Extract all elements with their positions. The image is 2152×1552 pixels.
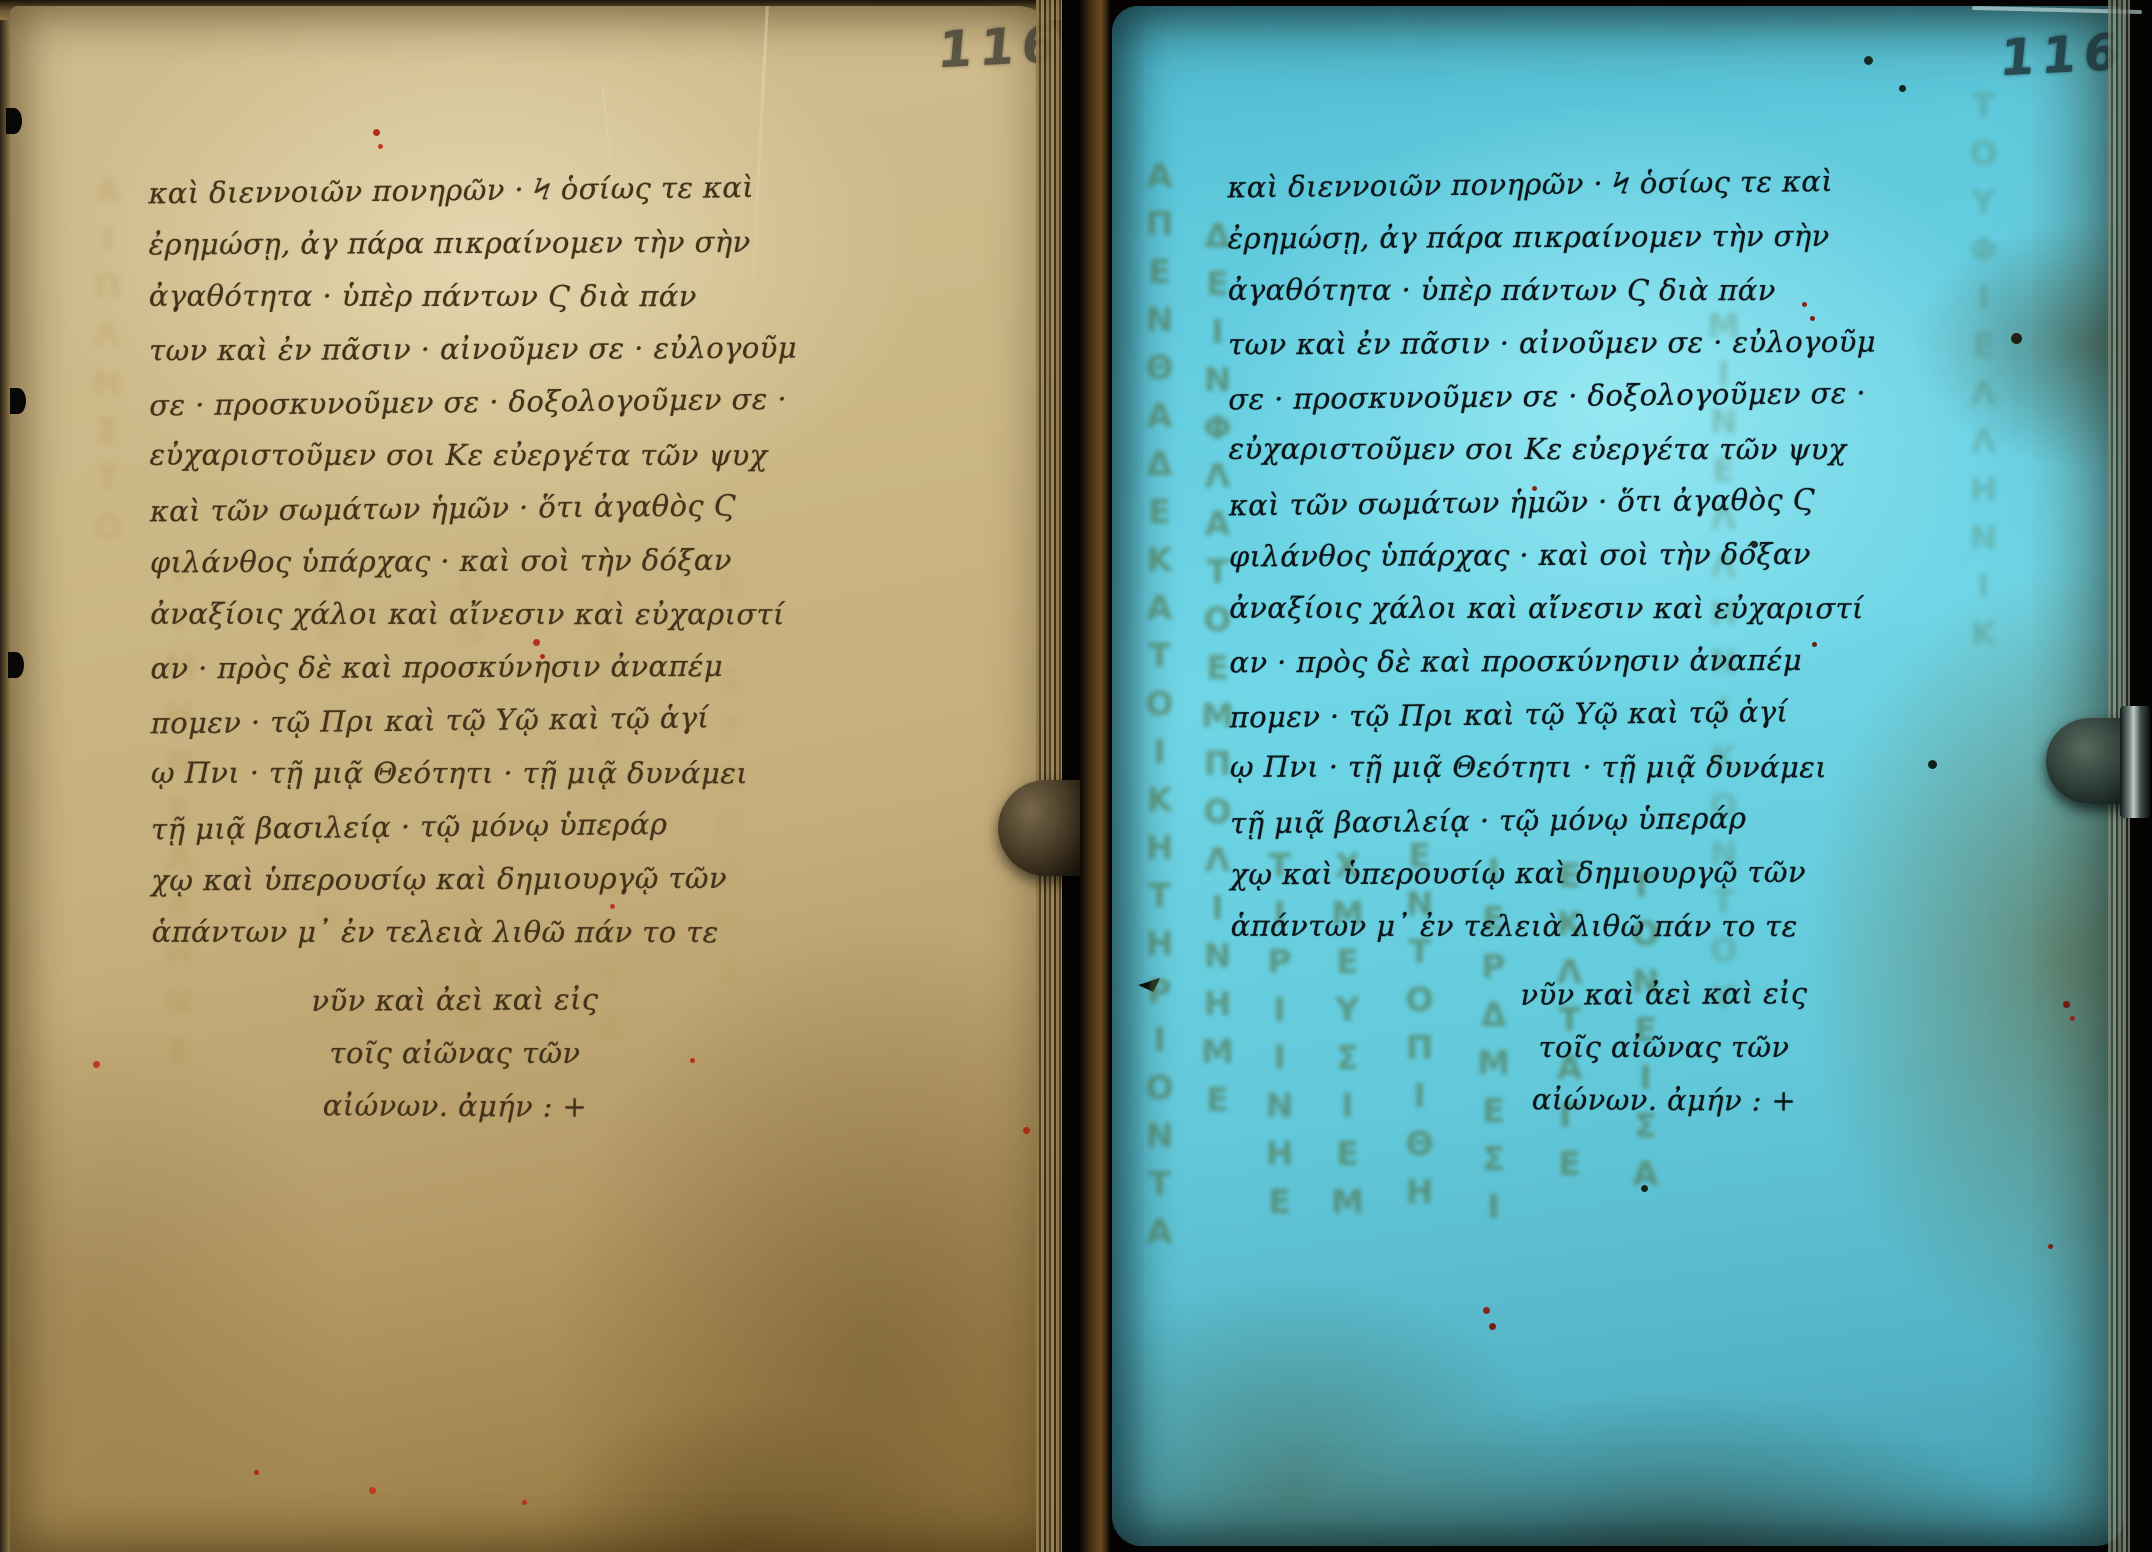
text-line: τῇ μιᾷ βασιλείᾳ · τῷ μόνῳ ὑπεράρ xyxy=(1230,791,1878,851)
text-line: σε · προσκυνοῦμεν σε · δοξολογοῦμεν σε · xyxy=(149,373,797,433)
rubric-specks xyxy=(10,6,15,11)
undertext-column: ΤΟΥΦΙΕΛΛΗΝΙΚ xyxy=(1964,86,2003,662)
text-line: αἰώνων. ἀμήν : + xyxy=(1424,1073,1904,1129)
closing-doxology-block: νῦν καὶ ἀεὶ καὶ εἰς τοῖς αἰῶνας τῶν αἰών… xyxy=(215,974,695,1133)
sewing-notch xyxy=(10,388,26,414)
natural-light-photo: ΑΙΠΛΗΣΤΟ ΤΙΜΗΝΕΛΛΗΝΕ ΧΗΜΕΣΙΟΝΤΑ ΕΝΤΟΙΣΙΕ… xyxy=(0,0,1080,1552)
text-line: αν · πρὸς δὲ καὶ προσκύνησιν ἀναπέμ xyxy=(150,640,798,696)
text-line: χῳ καὶ ὑπερουσίῳ καὶ δημιουργῷ τῶν xyxy=(151,852,799,908)
text-line: αἰώνων. ἀμήν : + xyxy=(215,1079,695,1135)
parchment-page-natural: ΑΙΠΛΗΣΤΟ ΤΙΜΗΝΕΛΛΗΝΕ ΧΗΜΕΣΙΟΝΤΑ ΕΝΤΟΙΣΙΕ… xyxy=(10,6,1062,1552)
clasp-metal-band xyxy=(2120,706,2150,818)
text-line: ἀναξίοις χάλοι καὶ αἴνεσιν καὶ εὐχαριστί xyxy=(1229,582,1877,636)
text-line: ἁπάντων μ᾽ ἐν τελειὰ λιθῶ πάν το τε xyxy=(1231,900,1879,954)
text-line: τῇ μιᾷ βασιλείᾳ · τῷ μόνῳ ὑπεράρ xyxy=(151,797,799,857)
sewing-notch xyxy=(6,108,22,134)
text-line: ῳ Πνι · τῇ μιᾷ Θεότητι · τῇ μιᾷ δυνάμει xyxy=(151,747,799,801)
uv-fluorescence-photo: ΑΠΕΝΘΑΔΕΚΑΤΟΙΚΗΤΗΡΙΟΝΤΑ ΔΕΙΝΦΛΑΤΟΕΜΠΟΛΙΝ… xyxy=(1080,0,2152,1552)
text-line: καὶ διεννοιῶν πονηρῶν · Ϟ ὁσίως τε καὶ xyxy=(148,161,796,221)
parchment-page-uv: ΑΠΕΝΘΑΔΕΚΑΤΟΙΚΗΤΗΡΙΟΝΤΑ ΔΕΙΝΦΛΑΤΟΕΜΠΟΛΙΝ… xyxy=(1112,6,2124,1546)
text-line: καὶ τῶν σωμάτων ἡμῶν · ὅτι ἀγαθὸς Ϛ xyxy=(1229,473,1877,533)
undertext-column: ΑΙΠΛΗΣΤΟ xyxy=(88,171,127,555)
overtext-block: καὶ διεννοιῶν πονηρῶν · Ϟ ὁσίως τε καὶ ἐ… xyxy=(1227,157,1878,955)
text-line: σε · προσκυνοῦμεν σε · δοξολογοῦμεν σε · xyxy=(1228,367,1876,427)
text-line: ἐρημώσῃ, ἀγ πάρα πικραίνομεν τὴν σὴν xyxy=(148,216,796,272)
text-line: ῳ Πνι · τῇ μιᾷ Θεότητι · τῇ μιᾷ δυνάμει xyxy=(1230,741,1878,795)
text-line: πομεν · τῷ Πρι καὶ τῷ Υῷ καὶ τῷ ἁγί xyxy=(150,691,798,751)
text-line: των καὶ ἐν πᾶσιν · αἰνοῦμεν σε · εὐλογοῦ… xyxy=(1228,316,1876,372)
text-line: πομεν · τῷ Πρι καὶ τῷ Υῷ καὶ τῷ ἁγί xyxy=(1229,685,1877,745)
stain-specks xyxy=(1112,6,1117,11)
text-line: εὐχαριστοῦμεν σοι Κε εὐεργέτα τῶν ψυχ xyxy=(150,429,798,483)
text-line: καὶ τῶν σωμάτων ἡμῶν · ὅτι ἀγαθὸς Ϛ xyxy=(150,479,798,539)
text-line: φιλάνθος ὑπάρχας · καὶ σοὶ τὴν δόξαν xyxy=(1229,528,1877,584)
text-line: φιλάνθος ὑπάρχας · καὶ σοὶ τὴν δόξαν xyxy=(150,534,798,590)
binding-board-edge xyxy=(1080,0,1110,1552)
text-line: ἁπάντων μ᾽ ἐν τελειὰ λιθῶ πάν το τε xyxy=(152,906,800,960)
sewing-notch xyxy=(8,652,24,678)
closing-doxology-block: νῦν καὶ ἀεὶ καὶ εἰς τοῖς αἰῶνας τῶν αἰών… xyxy=(1424,968,1904,1127)
text-line: ἀγαθότητα · ὑπὲρ πάντων Ϛ διὰ πάν xyxy=(149,270,797,324)
text-line: ἀναξίοις χάλοι καὶ αἴνεσιν καὶ εὐχαριστί xyxy=(150,588,798,642)
text-line: καὶ διεννοιῶν πονηρῶν · Ϟ ὁσίως τε καὶ xyxy=(1227,155,1875,215)
text-line: χῳ καὶ ὑπερουσίῳ καὶ δημιουργῷ τῶν xyxy=(1230,846,1878,902)
text-line: τοῖς αἰῶνας τῶν xyxy=(215,1027,695,1080)
overtext-block: καὶ διεννοιῶν πονηρῶν · Ϟ ὁσίως τε καὶ ἐ… xyxy=(148,163,799,961)
text-line: εὐχαριστοῦμεν σοι Κε εὐεργέτα τῶν ψυχ xyxy=(1229,423,1877,477)
text-line: αν · πρὸς δὲ καὶ προσκύνησιν ἀναπέμ xyxy=(1229,634,1877,690)
text-line: νῦν καὶ ἀεὶ καὶ εἰς xyxy=(1424,967,1904,1023)
text-line: τοῖς αἰῶνας τῶν xyxy=(1424,1021,1904,1074)
fore-edge-page-stack xyxy=(1036,0,1062,1552)
text-line: ἀγαθότητα · ὑπὲρ πάντων Ϛ διὰ πάν xyxy=(1228,264,1876,318)
text-line: των καὶ ἐν πᾶσιν · αἰνοῦμεν σε · εὐλογοῦ… xyxy=(149,322,797,378)
undertext-column: ΑΠΕΝΘΑΔΕΚΑΤΟΙΚΗΤΗΡΙΟΝΤΑ xyxy=(1140,156,1179,1260)
text-line: νῦν καὶ ἀεὶ καὶ εἰς xyxy=(215,973,695,1029)
text-line: ἐρημώσῃ, ἀγ πάρα πικραίνομεν τὴν σὴν xyxy=(1227,210,1875,266)
manuscript-comparison-image: ΑΙΠΛΗΣΤΟ ΤΙΜΗΝΕΛΛΗΝΕ ΧΗΜΕΣΙΟΝΤΑ ΕΝΤΟΙΣΙΕ… xyxy=(0,0,2152,1552)
